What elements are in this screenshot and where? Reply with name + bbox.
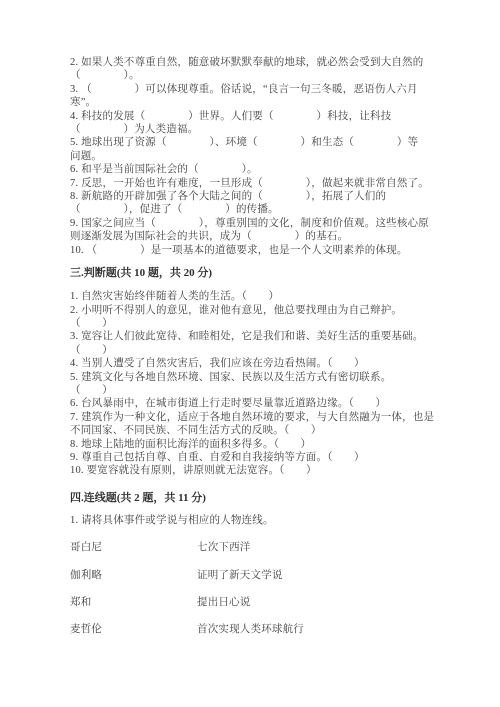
judgment-question-7: 7. 建筑作为一种文化，适应于各地自然环境的要求，与大自然融为一体，也是 不同国… bbox=[70, 411, 455, 438]
judgment-question-1: 1. 自然灾害始终伴随着人类的生活。（ ） bbox=[70, 290, 455, 303]
matching-right-item: 七次下西洋 bbox=[197, 541, 455, 554]
exam-paper-page: 2. 如果人类不尊重自然，随意破坏默默奉献的地球，就必然会受到大自然的 （ ）。… bbox=[0, 0, 500, 707]
matching-left-item: 哥白尼 bbox=[70, 541, 197, 554]
fill-question-6: 6. 和平是当前国际社会的（ ）。 bbox=[70, 163, 455, 176]
matching-pair-row: 郑和 提出日心说 bbox=[70, 596, 455, 609]
matching-right-item: 提出日心说 bbox=[197, 596, 455, 609]
judgment-question-2: 2. 小明听不得别人的意见，谁对他有意见，他总要找理由为自己辩护。 （ ） bbox=[70, 304, 455, 331]
fill-blank-questions: 2. 如果人类不尊重自然，随意破坏默默奉献的地球，就必然会受到大自然的 （ ）。… bbox=[70, 56, 455, 257]
fill-question-8: 8. 新航路的开辟加强了各个大陆之间的（ ），拓展了人们的 （ ），促进了（ ）… bbox=[70, 190, 455, 217]
fill-question-5: 5. 地球出现了资源（ ）、环境（ ）和生态（ ）等 问题。 bbox=[70, 136, 455, 163]
matching-section-title: 四.连线题(共 2 题，共 11 分) bbox=[70, 491, 455, 505]
judgment-question-10: 10. 要宽容就没有原则，讲原则就无法宽容。（ ） bbox=[70, 464, 455, 477]
judgment-question-3: 3. 宽容让人们彼此宽待、和睦相处，它是我们和谐、美好生活的重要基础。 （ ） bbox=[70, 330, 455, 357]
fill-question-3: 3. （ ）可以体现尊重。俗话说，“良言一句三冬暖，恶语伤人六月 寒”。 bbox=[70, 83, 455, 110]
matching-instruction: 1. 请将具体事件或学说与相应的人物连线。 bbox=[70, 514, 455, 527]
fill-question-10: 10. （ ）是一项基本的道德要求，也是一个人文明素养的体现。 bbox=[70, 244, 455, 257]
judgment-section-title: 三.判断题(共 10 题，共 20 分) bbox=[70, 266, 455, 280]
matching-right-item: 证明了新天文学说 bbox=[197, 569, 455, 582]
matching-pair-row: 哥白尼 七次下西洋 bbox=[70, 541, 455, 554]
matching-pair-row: 伽利略 证明了新天文学说 bbox=[70, 569, 455, 582]
fill-question-4: 4. 科技的发展（ ）世界。人们要（ ）科技，让科技 （ ）为人类造福。 bbox=[70, 110, 455, 137]
judgment-question-6: 6. 台风暴雨中，在城市街道上行走时要尽量靠近道路边缘。（ ） bbox=[70, 397, 455, 410]
matching-pair-row: 麦哲伦 首次实现人类环球航行 bbox=[70, 623, 455, 636]
judgment-question-5: 5. 建筑文化与各地自然环境、国家、民族以及生活方式有密切联系。 （ ） bbox=[70, 371, 455, 398]
matching-left-item: 郑和 bbox=[70, 596, 197, 609]
judgment-questions: 1. 自然灾害始终伴随着人类的生活。（ ） 2. 小明听不得别人的意见，谁对他有… bbox=[70, 290, 455, 478]
matching-pairs: 哥白尼 七次下西洋 伽利略 证明了新天文学说 郑和 提出日心说 麦哲伦 首次实现… bbox=[70, 541, 455, 637]
fill-question-7: 7. 反思，一开始也许有难度，一旦形成（ ），做起来就非常自然了。 bbox=[70, 177, 455, 190]
fill-question-9: 9. 国家之间应当（ ），尊重别国的文化，制度和价值观。这些核心原 则逐渐发展为… bbox=[70, 217, 455, 244]
matching-left-item: 伽利略 bbox=[70, 569, 197, 582]
matching-left-item: 麦哲伦 bbox=[70, 623, 197, 636]
judgment-question-4: 4. 当别人遭受了自然灾害后，我们应该在旁边看热闹。（ ） bbox=[70, 357, 455, 370]
judgment-question-9: 9. 尊重自己包括自尊、自重、自爱和自我接纳等方面。（ ） bbox=[70, 451, 455, 464]
judgment-question-8: 8. 地球上陆地的面积比海洋的面积多得多。（ ） bbox=[70, 438, 455, 451]
fill-question-2: 2. 如果人类不尊重自然，随意破坏默默奉献的地球，就必然会受到大自然的 （ ）。 bbox=[70, 56, 455, 83]
matching-right-item: 首次实现人类环球航行 bbox=[197, 623, 455, 636]
